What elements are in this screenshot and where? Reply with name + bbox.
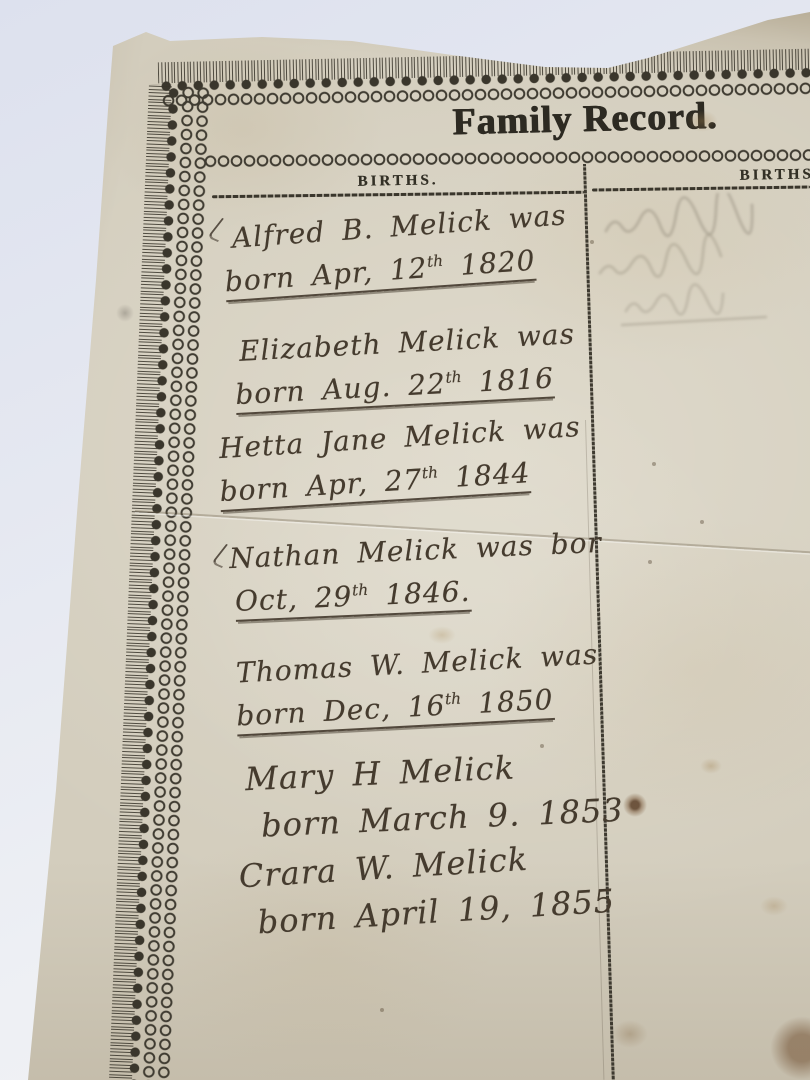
birth-entry-date-line: born March 9. 1853 xyxy=(260,794,624,842)
paper-sheet: Family Record. BIRTHS. BIRTHS. Alfred B.… xyxy=(0,0,810,1080)
birth-entry-date-line: born Dec, 16th 1850 xyxy=(236,684,601,731)
date-text: born Apr, 12 xyxy=(224,251,429,298)
birth-entry: Mary H Melick born March 9. 1853 xyxy=(244,747,624,842)
date-underline: born Apr, 27th 1844 xyxy=(219,456,532,512)
birth-entry: Thomas W. Melick was born Dec, 16th 1850 xyxy=(235,641,601,731)
birth-entry-date-line: born Apr, 27th 1844 xyxy=(219,456,584,506)
date-year: 1844 xyxy=(437,456,531,495)
birth-entry-date-line: Oct, 29th 1846. xyxy=(235,572,605,616)
photo-background: Family Record. BIRTHS. BIRTHS. Alfred B.… xyxy=(0,0,810,1080)
date-year: 1850 xyxy=(461,683,555,721)
birth-entry: Hetta Jane Melick was born Apr, 27th 184… xyxy=(218,413,584,506)
date-year: 1820 xyxy=(442,244,536,283)
date-text: born Apr, 27 xyxy=(219,463,424,508)
date-underline: born Aug. 22th 1816 xyxy=(234,361,554,415)
birth-entry-name-line: Mary H Melick xyxy=(244,747,622,795)
birth-entry: Alfred B. Melick was born Apr, 12th 1820 xyxy=(231,201,571,295)
birth-entries-left-column: Alfred B. Melick was born Apr, 12th 1820… xyxy=(0,0,810,1080)
birth-entry-date-line: born April 19, 1855 xyxy=(257,885,616,939)
date-text: born Dec, 16 xyxy=(235,689,446,733)
date-year: 1846. xyxy=(368,575,471,612)
birth-entry-date-line: born Aug. 22th 1816 xyxy=(235,363,578,409)
date-underline: born Dec, 16th 1850 xyxy=(235,683,554,737)
birth-entry-name-line: Nathan Melick was bor xyxy=(229,529,603,573)
date-superscript: th xyxy=(426,252,443,271)
birth-entry-name-line: Elizabeth Melick was xyxy=(238,320,575,366)
date-superscript: th xyxy=(445,689,462,708)
date-text: born March 9. 1853 xyxy=(260,791,624,845)
date-underline: Oct, 29th 1846. xyxy=(234,575,471,622)
date-superscript: th xyxy=(445,368,462,387)
birth-entry: Nathan Melick was bor Oct, 29th 1846. xyxy=(229,529,605,616)
date-underline: born Apr, 12th 1820 xyxy=(224,244,537,303)
birth-entry-name-line: Thomas W. Melick was xyxy=(235,641,598,688)
date-superscript: th xyxy=(352,581,369,600)
birth-entry: Crara W. Melick born April 19, 1855 xyxy=(238,838,616,940)
date-text-plain: born March 9. 1853 xyxy=(260,791,624,847)
date-superscript: th xyxy=(421,463,438,482)
date-year: 1816 xyxy=(461,361,555,399)
date-text: Oct, 29 xyxy=(234,580,353,618)
birth-entry-date-line: born Apr, 12th 1820 xyxy=(224,244,571,296)
date-text: born Aug. 22 xyxy=(234,367,446,411)
birth-entry: Elizabeth Melick was born Aug. 22th 1816 xyxy=(238,320,577,408)
